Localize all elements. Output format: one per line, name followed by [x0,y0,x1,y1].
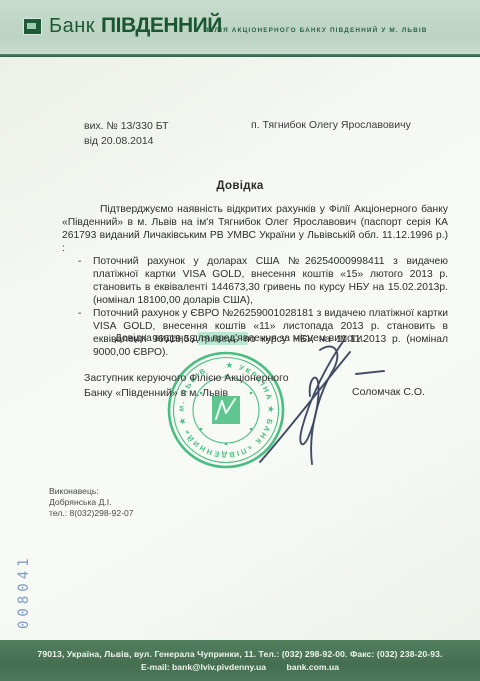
intro-paragraph: Підтверджуємо наявність відкритих рахунк… [62,203,448,255]
executor-name: Добрянська Д.І. [49,497,134,508]
letterhead-band: Банк ПІВДЕННИЙ ФІЛІЯ АКЦІОНЕРНОГО БАНКУ … [0,0,480,54]
footer-email: E-mail: bank@lviv.pivdenny.ua [141,662,266,672]
executor-label: Виконавець: [49,486,134,497]
form-serial-number: 008041 [16,554,32,629]
document-title: Довідка [0,180,480,192]
footer-address: 79013, Україна, Львів, вул. Генерала Чуп… [0,649,480,659]
issued-for-line: Довідка видана для пред'явлення за місце… [0,333,480,344]
footer-website: bank.com.ua [286,662,339,672]
executor-phone: тел.: 8(032)298-92-07 [49,508,134,519]
reference-number: вих. № 13/330 БТ [84,119,169,134]
account-item-usd: - Поточний рахунок у доларах США №262540… [62,255,448,307]
bank-name-regular: Банк [49,15,95,38]
executor-block: Виконавець: Добрянська Д.І. тел.: 8(032)… [49,486,134,519]
branch-tagline: ФІЛІЯ АКЦІОНЕРНОГО БАНКУ ПІВДЕННИЙ У М. … [205,27,465,34]
bank-name-bold: ПІВДЕННИЙ [101,14,222,38]
account-item-usd-text: Поточний рахунок у доларах США №26254000… [93,256,448,306]
outgoing-reference: вих. № 13/330 БТ від 20.08.2014 [84,119,169,149]
bank-logo: Банк ПІВДЕННИЙ [24,14,222,38]
footer-band: 79013, Україна, Львів, вул. Генерала Чуп… [0,640,480,681]
reference-date: від 20.08.2014 [84,134,169,149]
footer-contacts: E-mail: bank@lviv.pivdenny.ua bank.com.u… [0,662,480,672]
handwritten-signature [252,336,392,476]
list-dash: - [78,255,81,268]
bank-logo-icon-inner [27,23,36,29]
bank-logo-icon [24,19,41,34]
header-divider [0,54,480,57]
list-dash: - [78,307,81,320]
document-page: Банк ПІВДЕННИЙ ФІЛІЯ АКЦІОНЕРНОГО БАНКУ … [0,0,480,681]
addressee: п. Тягнибок Олегу Ярославовичу [251,119,411,131]
